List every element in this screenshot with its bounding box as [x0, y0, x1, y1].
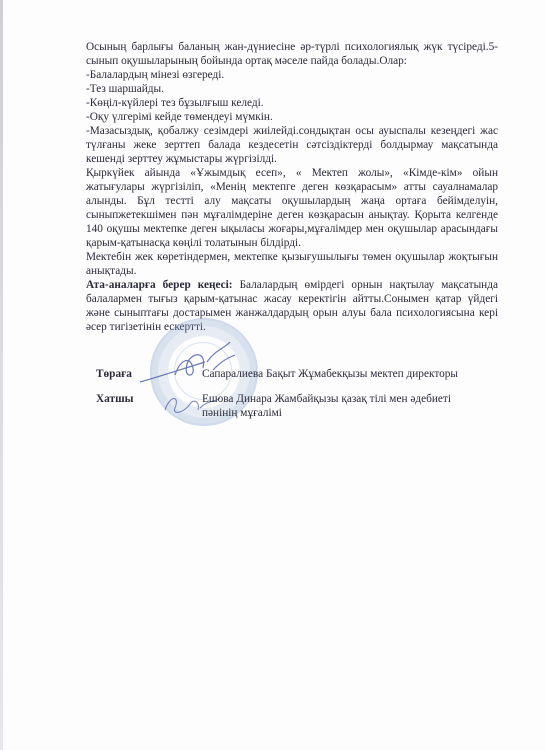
- paragraph-intro: Осының барлығы баланың жан-дүниесіне әр-…: [86, 40, 498, 68]
- signature-chair-icon: [135, 340, 255, 390]
- signature-chair: Төраға: [96, 367, 132, 381]
- paragraph-advice: Ата-аналарға берер кеңесі: Балалардың өм…: [86, 278, 498, 334]
- scan-edge: [0, 0, 3, 750]
- name-secretary-line2: пәнінің мұғалімі: [202, 406, 451, 420]
- list-item: -Балалардың мінезі өзгереді.: [86, 68, 498, 82]
- document-body: Осының барлығы баланың жан-дүниесіне әр-…: [86, 40, 498, 334]
- list-item: -Тез шаршайды.: [86, 82, 498, 96]
- paragraph-september: Қыркүйек айында «Ұжымдық есеп», « Мектеп…: [86, 166, 498, 250]
- role-secretary: Хатшы: [96, 393, 133, 405]
- list-item: -Көңіл-күйлері тез бұзылғыш келеді.: [86, 96, 498, 110]
- name-chair: Сапаралиева Бақыт Жұмабекқызы мектеп дир…: [202, 367, 458, 381]
- name-secretary-line1: Ешова Динара Жамбайқызы қазақ тілі мен ә…: [202, 392, 451, 406]
- paragraph-research: -Мазасыздық, қобалжу сезімдері жиілейді.…: [86, 124, 498, 166]
- paragraph-conclusion: Мектебін жек көретіндермен, мектепке қыз…: [86, 250, 498, 278]
- signature-secretary: Хатшы: [96, 392, 133, 406]
- list-item: -Оқу үлгерімі кейде төмендеуі мүмкін.: [86, 110, 498, 124]
- advice-label: Ата-аналарға берер кеңесі:: [86, 279, 233, 291]
- scanned-page: Осының барлығы баланың жан-дүниесіне әр-…: [0, 0, 546, 750]
- role-chair: Төраға: [96, 368, 132, 380]
- name-secretary: Ешова Динара Жамбайқызы қазақ тілі мен ә…: [202, 392, 451, 420]
